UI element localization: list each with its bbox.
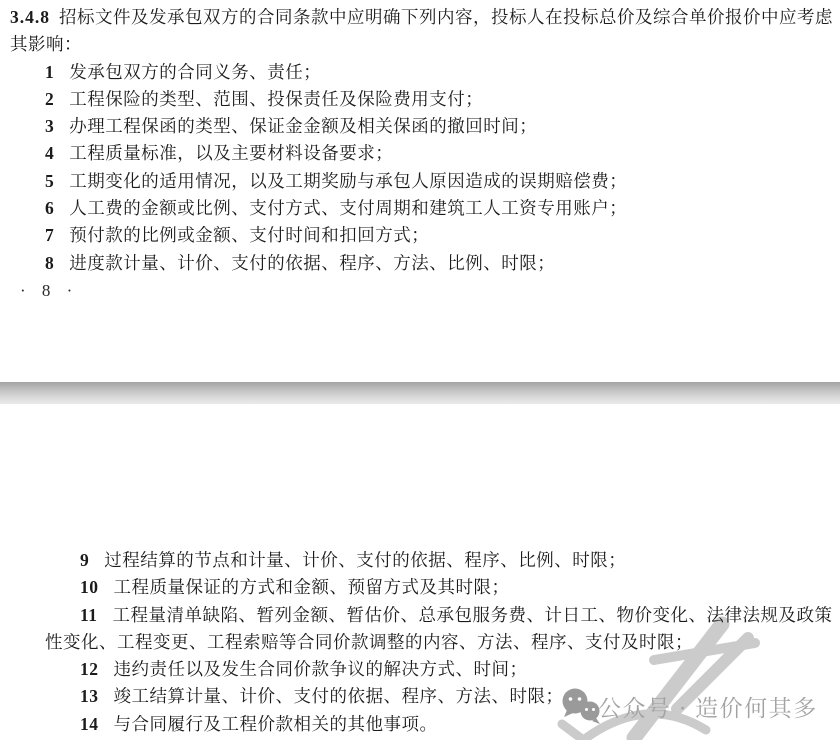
item-number: 8 [45,253,54,273]
list-item: 11工程量清单缺陷、暂列金额、暂估价、总承包服务费、计日工、物价变化、法律法规及… [45,602,836,657]
item-number: 4 [45,143,54,163]
clause-item-list: 1发承包双方的合同义务、责任； 2工程保险的类型、范围、投保责任及保险费用支付；… [10,59,834,277]
item-number: 2 [45,89,54,109]
item-text: 人工费的金额或比例、支付方式、支付周期和建筑工人工资专用账户； [69,198,627,218]
item-number: 3 [45,116,54,136]
page-8-text-block: 3.4.8招标文件及发承包双方的合同条款中应明确下列内容，投标人在投标总价及综合… [10,4,834,304]
item-number: 6 [45,198,54,218]
item-text: 过程结算的节点和计量、计价、支付的依据、程序、比例、时限； [104,550,626,570]
item-text: 工期变化的适用情况，以及工期奖励与承包人原因造成的误期赔偿费； [69,171,627,191]
list-item: 6人工费的金额或比例、支付方式、支付周期和建筑工人工资专用账户； [10,195,834,222]
item-text: 进度款计量、计价、支付的依据、程序、方法、比例、时限； [69,253,555,273]
item-text: 竣工结算计量、计价、支付的依据、程序、方法、时限； [114,686,564,706]
item-text: 发承包双方的合同义务、责任； [69,62,321,82]
list-item: 2工程保险的类型、范围、投保责任及保险费用支付； [10,86,834,113]
item-number: 11 [80,605,98,625]
list-item: 7预付款的比例或金额、支付时间和扣回方式； [10,222,834,249]
page-9-text-block: 9过程结算的节点和计量、计价、支付的依据、程序、比例、时限； 10工程质量保证的… [45,547,836,738]
item-text: 工程量清单缺陷、暂列金额、暂估价、总承包服务费、计日工、物价变化、法律法规及政策… [45,605,833,652]
item-text: 与合同履行及工程价款相关的其他事项。 [114,714,438,734]
item-number: 13 [80,686,99,706]
list-item: 14与合同履行及工程价款相关的其他事项。 [45,711,836,738]
list-item: 9过程结算的节点和计量、计价、支付的依据、程序、比例、时限； [45,547,836,574]
item-number: 5 [45,171,54,191]
list-item: 5工期变化的适用情况，以及工期奖励与承包人原因造成的误期赔偿费； [10,168,834,195]
page-divider [0,382,840,404]
clause-number: 3.4.8 [10,7,50,27]
item-number: 14 [80,714,99,734]
item-text: 工程质量保证的方式和金额、预留方式及其时限； [114,577,510,597]
item-number: 9 [80,550,89,570]
item-number: 10 [80,577,99,597]
list-item: 4工程质量标准，以及主要材料设备要求； [10,140,834,167]
item-text: 预付款的比例或金额、支付时间和扣回方式； [69,225,429,245]
item-text: 违约责任以及发生合同价款争议的解决方式、时间； [114,659,528,679]
item-number: 1 [45,62,54,82]
clause-text: 招标文件及发承包双方的合同条款中应明确下列内容，投标人在投标总价及综合单价报价中… [10,7,833,54]
item-number: 7 [45,225,54,245]
list-item: 3办理工程保函的类型、保证金金额及相关保函的撤回时间； [10,113,834,140]
page-number: · 8 · [10,277,834,304]
list-item: 1发承包双方的合同义务、责任； [10,59,834,86]
item-number: 12 [80,659,99,679]
list-item: 13竣工结算计量、计价、支付的依据、程序、方法、时限； [45,683,836,710]
item-text: 办理工程保函的类型、保证金金额及相关保函的撤回时间； [69,116,537,136]
list-item: 8进度款计量、计价、支付的依据、程序、方法、比例、时限； [10,250,834,277]
list-item: 10工程质量保证的方式和金额、预留方式及其时限； [45,574,836,601]
item-text: 工程保险的类型、范围、投保责任及保险费用支付； [69,89,483,109]
clause-paragraph: 3.4.8招标文件及发承包双方的合同条款中应明确下列内容，投标人在投标总价及综合… [10,4,834,59]
list-item: 12违约责任以及发生合同价款争议的解决方式、时间； [45,656,836,683]
item-text: 工程质量标准，以及主要材料设备要求； [69,143,393,163]
